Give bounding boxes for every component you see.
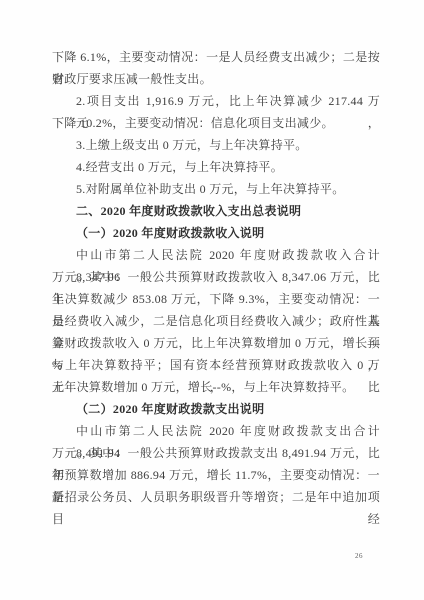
document-text-block: 下降 6.1%，主要变动情况：一是人员经费支出减少；二是按省 财政厅要求压减一般… <box>52 46 380 508</box>
text-line: 万元。其中：一般公共预算财政拨款收入 8,347.06 万元，比上 <box>52 266 380 288</box>
text-line: 2.项目支出 1,916.9 万元，比上年决算减少 217.44 万元， <box>52 90 380 112</box>
text-line: 中山市第二人民法院 2020 年度财政拨款支出合计 8,491.94 <box>52 420 380 442</box>
text-line: 5.对附属单位补助支出 0 万元，与上年决算持平。 <box>52 178 380 200</box>
text-line: 与上年决算数持平；国有资本经营预算财政拨款收入 0 万元，比 <box>52 354 380 376</box>
text-line: 财政厅要求压减一般性支出。 <box>52 68 380 90</box>
text-line: 中山市第二人民法院 2020 年度财政拨款收入合计 8,347.06 <box>52 244 380 266</box>
text-line: 年决算数减少 853.08 万元，下降 9.3%，主要变动情况：一是人 <box>52 288 380 310</box>
text-line: 万元。其中：一般公共预算财政拨款支出 8,491.94 万元，比年 <box>52 442 380 464</box>
section-heading: 二、2020 年度财政拨款收入支出总表说明 <box>52 200 380 222</box>
text-line: 下降 10.2%，主要变动情况：信息化项目支出减少。 <box>52 112 380 134</box>
text-line: 员经费收入减少，二是信息化项目经费收入减少；政府性基金预 <box>52 310 380 332</box>
text-line: 下降 6.1%，主要变动情况：一是人员经费支出减少；二是按省 <box>52 46 380 68</box>
text-line: 初预算数增加 886.94 万元，增长 11.7%，主要变动情况：一是 <box>52 464 380 486</box>
text-line: 3.上缴上级支出 0 万元，与上年决算持平。 <box>52 134 380 156</box>
text-line: 4.经营支出 0 万元，与上年决算持平。 <box>52 156 380 178</box>
subsection-heading: （一）2020 年度财政拨款收入说明 <box>52 222 380 244</box>
document-page: 下降 6.1%，主要变动情况：一是人员经费支出减少；二是按省 财政厅要求压减一般… <box>0 0 424 600</box>
page-number: 26 <box>355 552 363 560</box>
text-line: 算财政拨款收入 0 万元，比上年决算数增加 0 万元，增长—%， <box>52 332 380 354</box>
text-line: 上年决算数增加 0 万元，增长--%，与上年决算数持平。 <box>52 376 380 398</box>
subsection-heading: （二）2020 年度财政拨款支出说明 <box>52 398 380 420</box>
text-line: 新招录公务员、人员职务职级晋升等增资；二是年中追加项目经 <box>52 486 380 508</box>
